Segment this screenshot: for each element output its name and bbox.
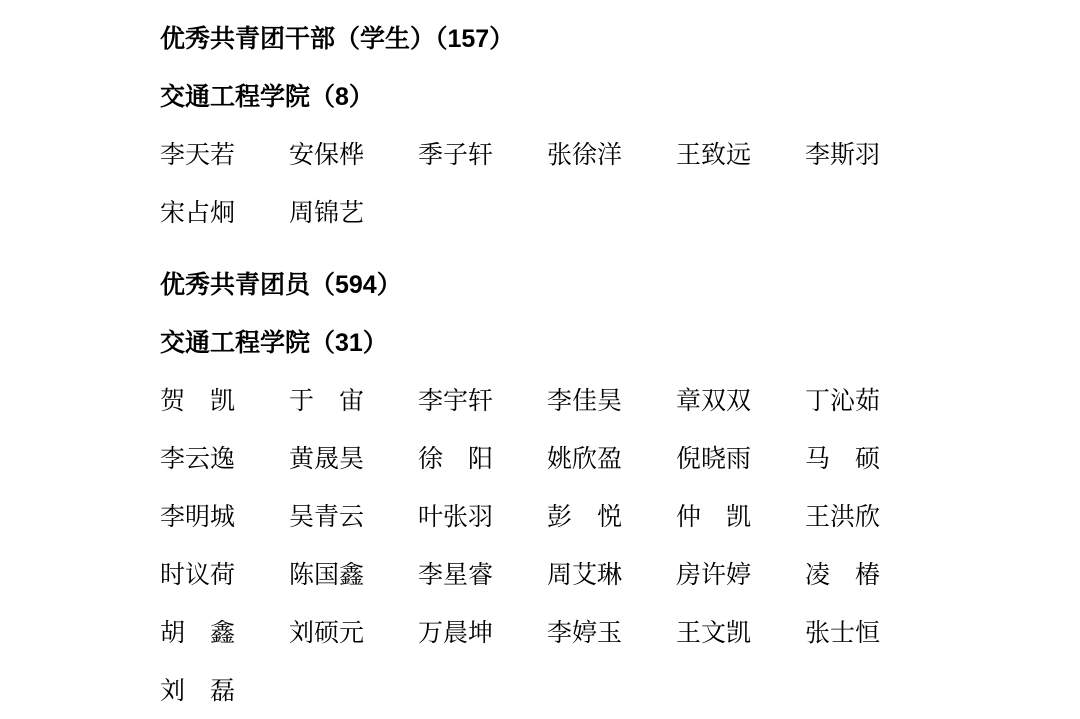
awardee-name: 丁沁茹 — [805, 372, 880, 430]
awardee-name: 刘 磊 — [160, 662, 235, 719]
awardee-name: 彭 悦 — [547, 488, 622, 546]
college-heading: 交通工程学院（8） — [160, 68, 1080, 126]
awardee-name: 安保桦 — [289, 126, 364, 184]
awardee-name: 倪晓雨 — [676, 430, 751, 488]
awardee-name: 马 硕 — [805, 430, 880, 488]
section-outstanding-league-cadres: 优秀共青团干部（学生）（157） 交通工程学院（8） 李天若安保桦季子轩张徐洋王… — [160, 10, 1080, 242]
awardee-name: 张徐洋 — [547, 126, 622, 184]
awardee-name: 仲 凯 — [676, 488, 751, 546]
name-row: 贺 凯于 宙李宇轩李佳昊章双双丁沁茹 — [160, 372, 1080, 430]
award-category-heading: 优秀共青团员（594） — [160, 256, 1080, 314]
awardee-name: 姚欣盈 — [547, 430, 622, 488]
awardee-name: 李斯羽 — [805, 126, 880, 184]
awardee-name: 王洪欣 — [805, 488, 880, 546]
awardee-name: 李星睿 — [418, 546, 493, 604]
awardee-name: 于 宙 — [289, 372, 364, 430]
awardee-name: 徐 阳 — [418, 430, 493, 488]
awards-document: 优秀共青团干部（学生）（157） 交通工程学院（8） 李天若安保桦季子轩张徐洋王… — [0, 0, 1080, 719]
name-row: 时议荷陈国鑫李星睿周艾琳房许婷凌 椿 — [160, 546, 1080, 604]
awardee-name: 李明城 — [160, 488, 235, 546]
name-row: 李天若安保桦季子轩张徐洋王致远李斯羽 — [160, 126, 1080, 184]
awardee-name: 万晨坤 — [418, 604, 493, 662]
college-heading: 交通工程学院（31） — [160, 314, 1080, 372]
awardee-name: 李天若 — [160, 126, 235, 184]
name-row: 李明城吴青云叶张羽彭 悦仲 凯王洪欣 — [160, 488, 1080, 546]
awardee-name: 时议荷 — [160, 546, 235, 604]
awardee-name: 李宇轩 — [418, 372, 493, 430]
awardee-name: 宋占炯 — [160, 184, 235, 242]
awardee-name: 贺 凯 — [160, 372, 235, 430]
awardee-name: 张士恒 — [805, 604, 880, 662]
name-row: 宋占炯周锦艺 — [160, 184, 1080, 242]
awardee-name: 王文凯 — [676, 604, 751, 662]
awardee-name: 李婷玉 — [547, 604, 622, 662]
awardee-name: 季子轩 — [418, 126, 493, 184]
award-category-heading: 优秀共青团干部（学生）（157） — [160, 10, 1080, 68]
awardee-name: 吴青云 — [289, 488, 364, 546]
awardee-name: 周锦艺 — [289, 184, 364, 242]
name-row: 李云逸黄晟昊徐 阳姚欣盈倪晓雨马 硕 — [160, 430, 1080, 488]
awardee-name: 李佳昊 — [547, 372, 622, 430]
awardee-name: 黄晟昊 — [289, 430, 364, 488]
awardee-name: 李云逸 — [160, 430, 235, 488]
section-outstanding-league-members: 优秀共青团员（594） 交通工程学院（31） 贺 凯于 宙李宇轩李佳昊章双双丁沁… — [160, 256, 1080, 719]
awardee-name: 章双双 — [676, 372, 751, 430]
awardee-name: 周艾琳 — [547, 546, 622, 604]
name-row: 胡 鑫刘硕元万晨坤李婷玉王文凯张士恒 — [160, 604, 1080, 662]
awardee-name: 叶张羽 — [418, 488, 493, 546]
awardee-name: 刘硕元 — [289, 604, 364, 662]
awardee-name: 房许婷 — [676, 546, 751, 604]
awardee-name: 胡 鑫 — [160, 604, 235, 662]
name-row: 刘 磊 — [160, 662, 1080, 719]
awardee-name: 凌 椿 — [805, 546, 880, 604]
awardee-name: 陈国鑫 — [289, 546, 364, 604]
awardee-name: 王致远 — [676, 126, 751, 184]
